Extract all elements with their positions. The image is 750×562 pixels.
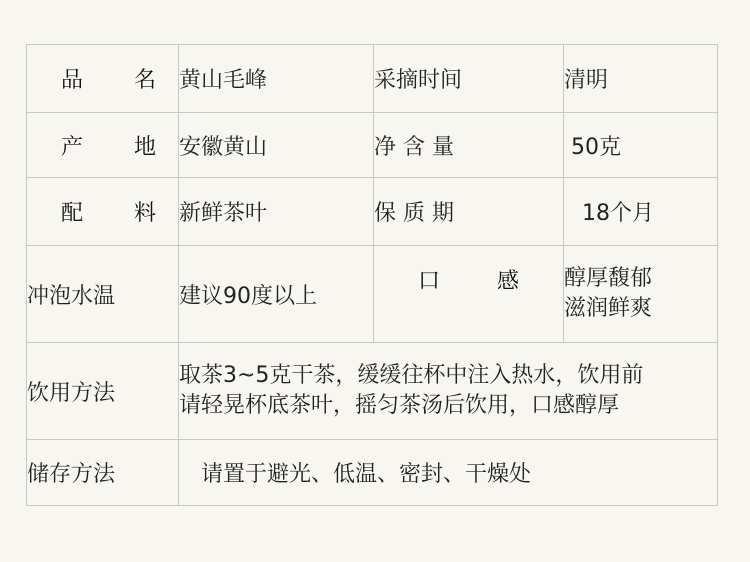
table-row: 品名 黄山毛峰 采摘时间 清明 [27, 45, 718, 113]
value-cell: 建议90度以上 [179, 246, 374, 343]
value-cell: 安徽黄山 [179, 113, 374, 178]
label-char: 名 [134, 63, 156, 94]
value-cell: 黄山毛峰 [179, 45, 374, 113]
value-cell: 50克 [564, 113, 718, 178]
label-char: 地 [134, 130, 156, 161]
table-row: 配料 新鲜茶叶 保 质 期 18个月 [27, 178, 718, 246]
product-info-table: 品名 黄山毛峰 采摘时间 清明 产地 安徽黄山 净 含 量 50克 配料 新鲜茶… [26, 44, 718, 506]
value-line: 滋润鲜爽 [564, 294, 717, 324]
label-cell: 采摘时间 [374, 45, 564, 113]
label-char: 料 [134, 196, 156, 227]
label-char: 配 [61, 196, 83, 227]
table-row: 冲泡水温 建议90度以上 口感 醇厚馥郁滋润鲜爽 [27, 246, 718, 343]
label-cell: 冲泡水温 [27, 246, 179, 343]
label-char: 口 [418, 264, 440, 295]
label-char: 感 [497, 264, 519, 295]
label-cell: 品名 [27, 45, 179, 113]
label-cell: 储存方法 [27, 440, 179, 506]
table-row: 储存方法 请置于避光、低温、密封、干燥处 [27, 440, 718, 506]
value-line: 取茶3~5克干茶，缓缓往杯中注入热水，饮用前 [179, 361, 717, 391]
label-cell: 保 质 期 [374, 178, 564, 246]
label-cell: 饮用方法 [27, 343, 179, 440]
value-line: 请轻晃杯底茶叶，摇匀茶汤后饮用，口感醇厚 [179, 391, 717, 421]
value-cell: 清明 [564, 45, 718, 113]
label-char: 品 [61, 63, 83, 94]
label-cell: 配料 [27, 178, 179, 246]
label-cell: 产地 [27, 113, 179, 178]
table-row: 饮用方法 取茶3~5克干茶，缓缓往杯中注入热水，饮用前请轻晃杯底茶叶，摇匀茶汤后… [27, 343, 718, 440]
value-cell: 取茶3~5克干茶，缓缓往杯中注入热水，饮用前请轻晃杯底茶叶，摇匀茶汤后饮用，口感… [179, 343, 718, 440]
label-cell: 口感 [374, 246, 564, 343]
table-row: 产地 安徽黄山 净 含 量 50克 [27, 113, 718, 178]
value-line: 醇厚馥郁 [564, 264, 717, 294]
label-char: 产 [61, 130, 83, 161]
value-cell: 新鲜茶叶 [179, 178, 374, 246]
value-cell: 18个月 [564, 178, 718, 246]
label-cell: 净 含 量 [374, 113, 564, 178]
value-cell: 请置于避光、低温、密封、干燥处 [179, 440, 718, 506]
value-cell: 醇厚馥郁滋润鲜爽 [564, 246, 718, 343]
